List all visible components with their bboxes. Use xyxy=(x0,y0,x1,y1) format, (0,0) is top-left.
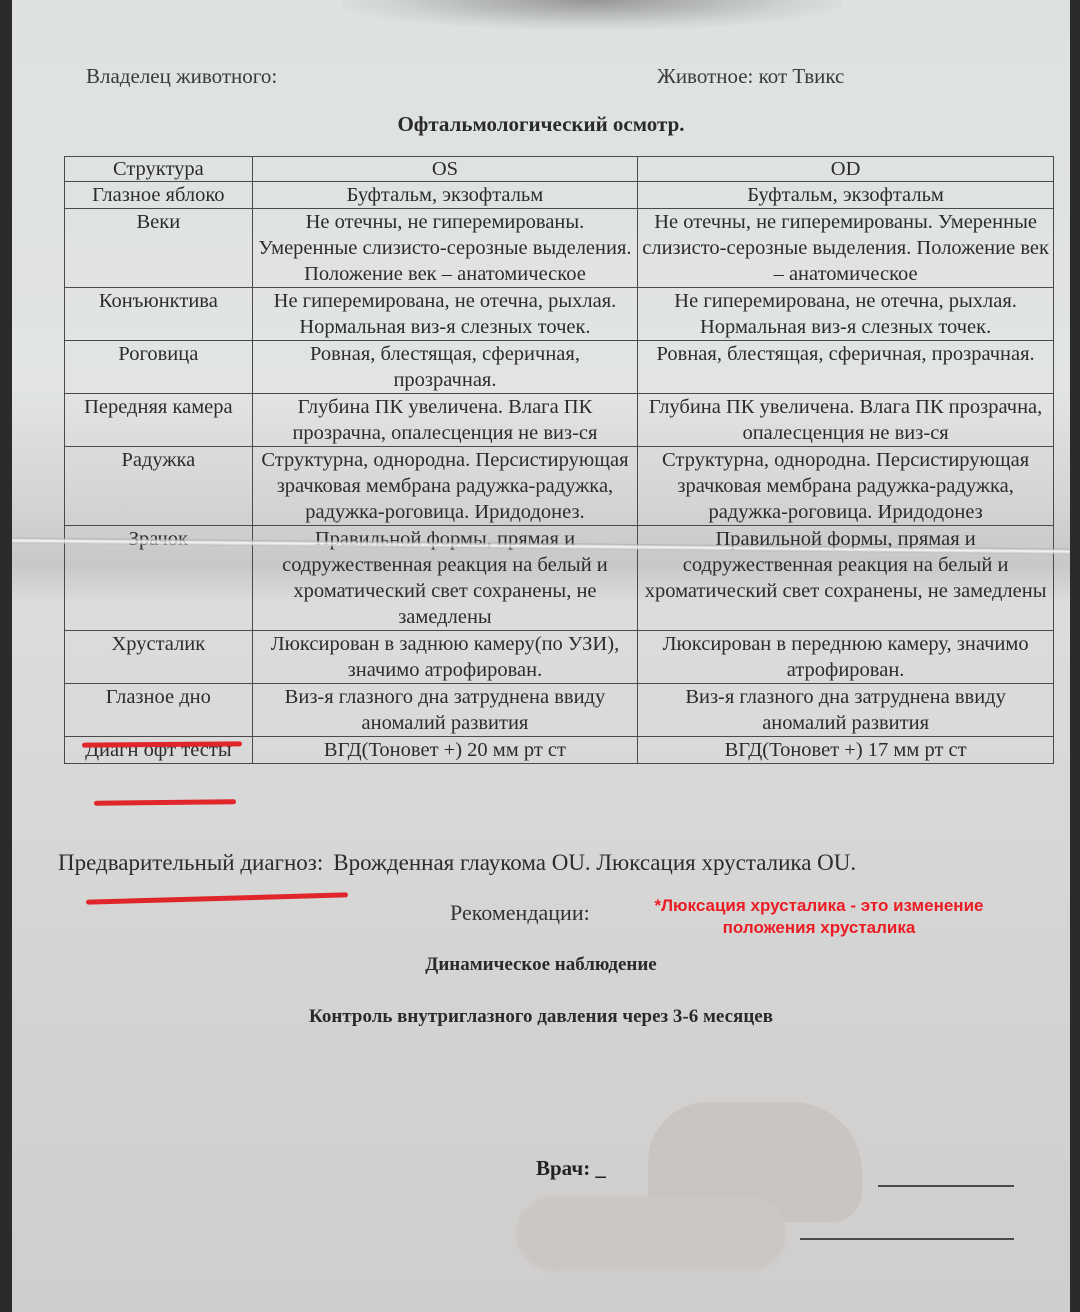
row-os-cell: Структурна, однородна. Персистирующая зр… xyxy=(252,447,638,526)
row-od-cell: Не гиперемирована, не отечна, рыхлая. Но… xyxy=(638,288,1054,341)
table-row: РоговицаРовная, блестящая, сферичная, пр… xyxy=(65,341,1054,394)
recommendation-item: Контроль внутриглазного давления через 3… xyxy=(12,1006,1070,1028)
table-row: КонъюнктиваНе гиперемирована, не отечна,… xyxy=(65,288,1054,341)
row-od-cell: ВГД(Тоновет +) 17 мм рт ст xyxy=(638,737,1054,764)
annotation-note: *Люксация хрусталика - это изменение пол… xyxy=(624,895,1014,939)
row-os-cell: ВГД(Тоновет +) 20 мм рт ст xyxy=(252,737,638,764)
row-os-cell: Глубина ПК увеличена. Влага ПК прозрачна… xyxy=(252,394,638,447)
redacted-area xyxy=(516,1196,786,1271)
signature-line xyxy=(800,1238,1014,1240)
doctor-label: Врач: _ xyxy=(536,1156,606,1181)
row-structure-cell: Хрусталик xyxy=(65,631,253,684)
recommendations-label: Рекомендации: xyxy=(450,900,590,926)
row-od-cell: Люксирован в переднюю камеру, значимо ат… xyxy=(638,631,1054,684)
row-od-cell: Буфтальм, экзофтальм xyxy=(638,182,1054,209)
table-header-row: Структура OS OD xyxy=(65,157,1054,182)
column-header-structure: Структура xyxy=(65,157,253,182)
document-title: Офтальмологический осмотр. xyxy=(12,112,1070,137)
table-row: Глазное дноВиз-я глазного дна затруднена… xyxy=(65,684,1054,737)
table-row: РадужкаСтруктурна, однородна. Персистиру… xyxy=(65,447,1054,526)
diagnosis-line: Предварительный диагноз:Врожденная глаук… xyxy=(58,850,856,876)
row-structure-cell: Глазное яблоко xyxy=(65,182,253,209)
row-os-cell: Буфтальм, экзофтальм xyxy=(252,182,638,209)
row-od-cell: Правильной формы, прямая и содружественн… xyxy=(638,526,1054,631)
table-row: Диагн офт тестыВГД(Тоновет +) 20 мм рт с… xyxy=(65,737,1054,764)
row-os-cell: Люксирован в заднюю камеру(по УЗИ), знач… xyxy=(252,631,638,684)
document-page: Владелец животного: Животное: кот Твикс … xyxy=(12,0,1070,1312)
row-os-cell: Виз-я глазного дна затруднена ввиду аном… xyxy=(252,684,638,737)
table-row: Глазное яблокоБуфтальм, экзофтальмБуфтал… xyxy=(65,182,1054,209)
row-structure-cell: Передняя камера xyxy=(65,394,253,447)
red-underline-fundus xyxy=(94,799,236,805)
row-structure-cell: Радужка xyxy=(65,447,253,526)
recommendation-item: Динамическое наблюдение xyxy=(12,954,1070,976)
owner-label: Владелец животного: xyxy=(86,64,277,89)
row-structure-cell: Веки xyxy=(65,209,253,288)
animal-label: Животное: кот Твикс xyxy=(657,64,844,89)
row-od-cell: Виз-я глазного дна затруднена ввиду аном… xyxy=(638,684,1054,737)
table-row: ВекиНе отечны, не гиперемированы. Умерен… xyxy=(65,209,1054,288)
red-underline-diagnosis xyxy=(86,892,348,904)
table-row: ХрусталикЛюксирован в заднюю камеру(по У… xyxy=(65,631,1054,684)
column-header-os: OS xyxy=(252,157,638,182)
row-od-cell: Структурна, однородна. Персистирующая зр… xyxy=(638,447,1054,526)
row-structure-cell: Конъюнктива xyxy=(65,288,253,341)
row-od-cell: Глубина ПК увеличена. Влага ПК прозрачна… xyxy=(638,394,1054,447)
row-os-cell: Не отечны, не гиперемированы. Умеренные … xyxy=(252,209,638,288)
row-structure-cell: Глазное дно xyxy=(65,684,253,737)
exam-table: Структура OS OD Глазное яблокоБуфтальм, … xyxy=(64,156,1054,764)
table-row: Передняя камераГлубина ПК увеличена. Вла… xyxy=(65,394,1054,447)
shadow xyxy=(342,0,842,30)
row-os-cell: Не гиперемирована, не отечна, рыхлая. Но… xyxy=(252,288,638,341)
row-od-cell: Ровная, блестящая, сферичная, прозрачная… xyxy=(638,341,1054,394)
row-od-cell: Не отечны, не гиперемированы. Умеренные … xyxy=(638,209,1054,288)
diagnosis-label: Предварительный диагноз: xyxy=(58,850,323,875)
signature-line xyxy=(878,1185,1014,1187)
row-os-cell: Ровная, блестящая, сферичная, прозрачная… xyxy=(252,341,638,394)
diagnosis-value: Врожденная глаукома OU. Люксация хрустал… xyxy=(333,850,856,875)
row-structure-cell: Роговица xyxy=(65,341,253,394)
column-header-od: OD xyxy=(638,157,1054,182)
